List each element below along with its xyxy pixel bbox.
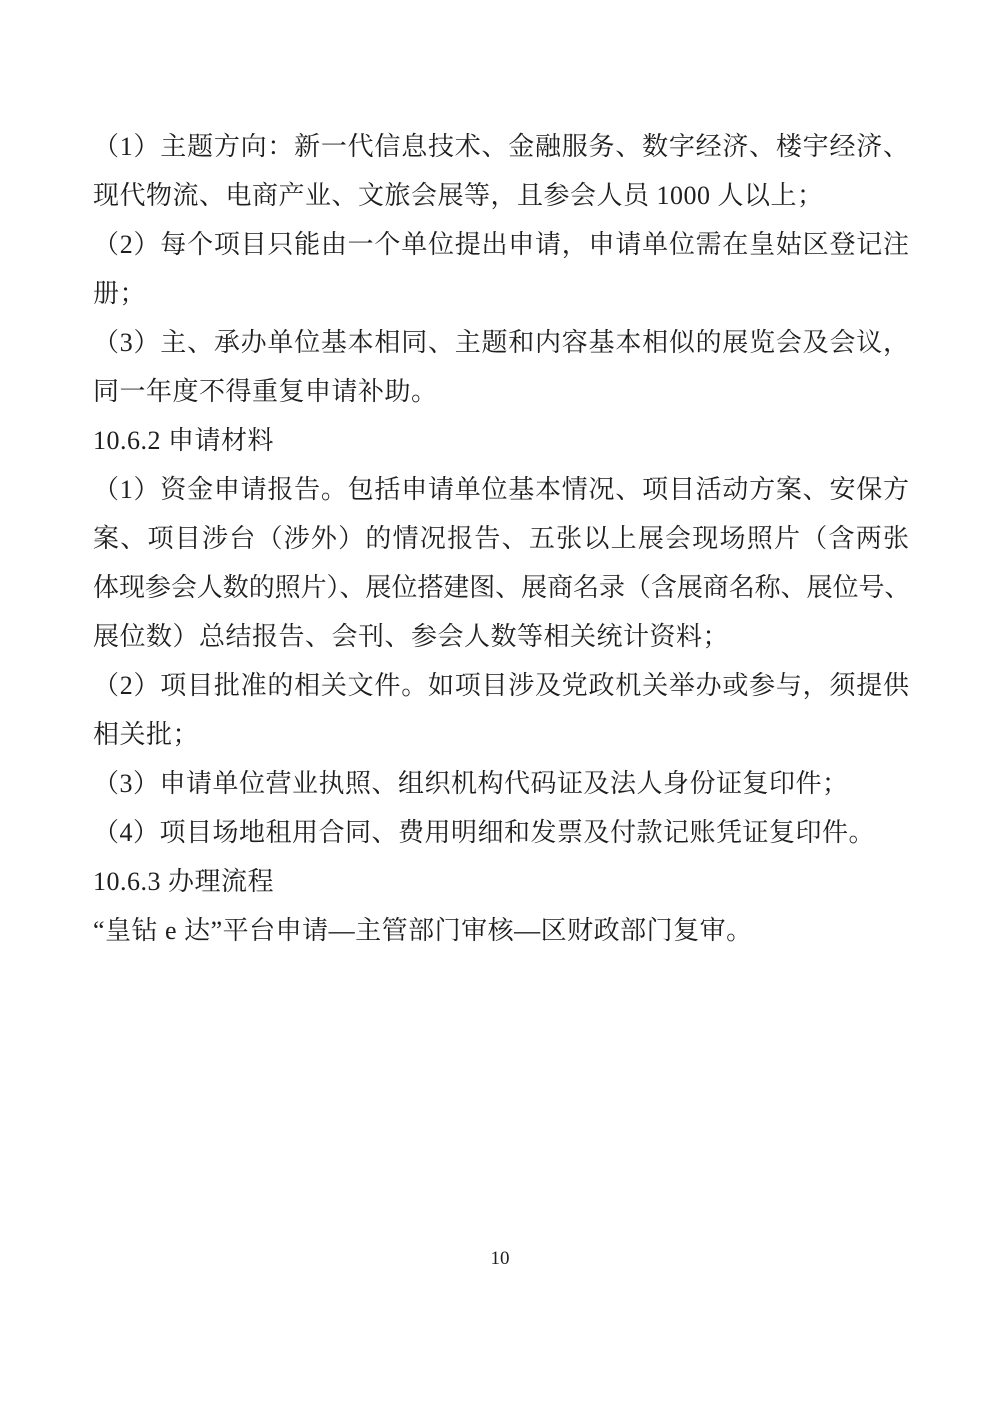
paragraph-line: 案、项目涉台（涉外）的情况报告、五张以上展会现场照片（含两张 — [93, 514, 909, 563]
paragraph-line: 同一年度不得重复申请补助。 — [93, 367, 909, 416]
paragraph-line: （3）主、承办单位基本相同、主题和内容基本相似的展览会及会议， — [93, 318, 909, 367]
paragraph-line: （1）主题方向：新一代信息技术、金融服务、数字经济、楼宇经济、 — [93, 122, 909, 171]
document-body: （1）主题方向：新一代信息技术、金融服务、数字经济、楼宇经济、 现代物流、电商产… — [93, 122, 909, 955]
document-page: （1）主题方向：新一代信息技术、金融服务、数字经济、楼宇经济、 现代物流、电商产… — [0, 0, 1000, 1413]
paragraph-line: 相关批； — [93, 710, 909, 759]
paragraph-line: 体现参会人数的照片）、展位搭建图、展商名录（含展商名称、展位号、 — [93, 563, 909, 612]
paragraph-line: （1）资金申请报告。包括申请单位基本情况、项目活动方案、安保方 — [93, 465, 909, 514]
page-number: 10 — [0, 1247, 1000, 1271]
paragraph-line: “皇钻 e 达”平台申请—主管部门审核—区财政部门复审。 — [93, 906, 909, 955]
paragraph-line: 现代物流、电商产业、文旅会展等，且参会人员 1000 人以上； — [93, 171, 909, 220]
paragraph-line: （4）项目场地租用合同、费用明细和发票及付款记账凭证复印件。 — [93, 808, 909, 857]
paragraph-line: （3）申请单位营业执照、组织机构代码证及法人身份证复印件； — [93, 759, 909, 808]
paragraph-line: （2）每个项目只能由一个单位提出申请，申请单位需在皇姑区登记注 — [93, 220, 909, 269]
paragraph-line: （2）项目批准的相关文件。如项目涉及党政机关举办或参与，须提供 — [93, 661, 909, 710]
paragraph-line: 册； — [93, 269, 909, 318]
section-heading: 10.6.2 申请材料 — [93, 416, 909, 465]
section-heading: 10.6.3 办理流程 — [93, 857, 909, 906]
paragraph-line: 展位数）总结报告、会刊、参会人数等相关统计资料； — [93, 612, 909, 661]
